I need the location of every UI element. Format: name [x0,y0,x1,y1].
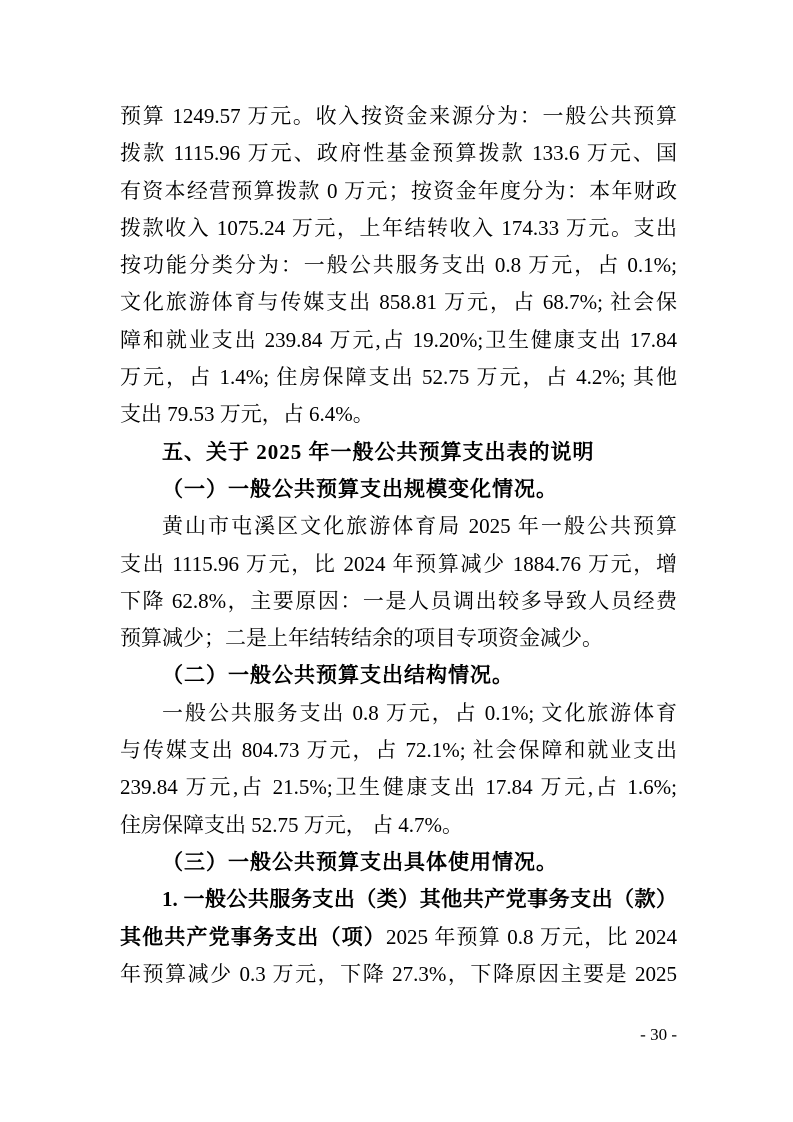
heading-line: （二）一般公共预算支出结构情况。 [120,657,677,694]
document-page: 预算 1249.57 万元。收入按资金来源分为：一般公共预算拨款 1115.96… [0,0,793,1122]
text-line: 支出 1115.96 万元，比 2024 年预算减少 1884.76 万元，增 [120,546,677,583]
text-line: 有资本经营预算拨款 0 万元；按资金年度分为：本年财政 [120,173,677,210]
text-line: 黄山市屯溪区文化旅游体育局 2025 年一般公共预算 [120,508,677,545]
text-run: （二）一般公共预算支出结构情况。 [162,663,514,687]
text-run: 障和就业支出 239.84 万元,占 19.20%;卫生健康支出 17.84 [120,328,677,352]
heading-line: （一）一般公共预算支出规模变化情况。 [120,471,677,508]
text-line: 障和就业支出 239.84 万元,占 19.20%;卫生健康支出 17.84 [120,322,677,359]
text-line: 拨款收入 1075.24 万元，上年结转收入 174.33 万元。支出 [120,210,677,247]
text-line: 239.84 万元,占 21.5%;卫生健康支出 17.84 万元,占 1.6%… [120,769,677,806]
text-run: 1. 一般公共服务支出（类）其他共产党事务支出（款） [162,887,677,911]
text-run: 拨款收入 1075.24 万元，上年结转收入 174.33 万元。支出 [120,216,677,240]
para-item-1-general-public-service: 1. 一般公共服务支出（类）其他共产党事务支出（款）其他共产党事务支出（项）20… [120,881,677,993]
text-line: 支出 79.53 万元，占 6.4%。 [120,396,677,433]
document-blocks: 预算 1249.57 万元。收入按资金来源分为：一般公共预算拨款 1115.96… [120,98,677,993]
text-run: 按功能分类分为：一般公共服务支出 0.8 万元，占 0.1%; [120,253,677,277]
text-run: 其他共产党事务支出（项） [120,925,386,949]
text-run: 支出 1115.96 万元，比 2024 年预算减少 1884.76 万元，增 [120,552,677,576]
heading-line: （三）一般公共预算支出具体使用情况。 [120,844,677,881]
text-line: 与传媒支出 804.73 万元，占 72.1%; 社会保障和就业支出 [120,732,677,769]
text-line: 年预算减少 0.3 万元，下降 27.3%，下降原因主要是 2025 [120,956,677,993]
text-run: 2025 年预算 0.8 万元，比 2024 [386,925,677,949]
text-run: （三）一般公共预算支出具体使用情况。 [162,850,558,874]
text-run: 年预算减少 0.3 万元，下降 27.3%，下降原因主要是 2025 [120,962,677,986]
heading-section-5-3: （三）一般公共预算支出具体使用情况。 [120,844,677,881]
text-line: 万元，占 1.4%; 住房保障支出 52.75 万元，占 4.2%; 其他 [120,359,677,396]
text-run: 预算减少；二是上年结转结余的项目专项资金减少。 [120,626,603,650]
heading-section-5-2: （二）一般公共预算支出结构情况。 [120,657,677,694]
text-line: 按功能分类分为：一般公共服务支出 0.8 万元，占 0.1%; [120,247,677,284]
para-expenditure-structure: 一般公共服务支出 0.8 万元，占 0.1%; 文化旅游体育与传媒支出 804.… [120,695,677,844]
text-run: （一）一般公共预算支出规模变化情况。 [162,477,558,501]
para-income-expenditure-overview: 预算 1249.57 万元。收入按资金来源分为：一般公共预算拨款 1115.96… [120,98,677,434]
text-line: 1. 一般公共服务支出（类）其他共产党事务支出（款） [120,881,677,918]
text-line: 拨款 1115.96 万元、政府性基金预算拨款 133.6 万元、国 [120,135,677,172]
heading-section-5: 五、关于 2025 年一般公共预算支出表的说明 [120,434,677,471]
text-line: 预算 1249.57 万元。收入按资金来源分为：一般公共预算 [120,98,677,135]
page-footer: - 30 - [120,1024,677,1046]
text-run: 万元，占 1.4%; 住房保障支出 52.75 万元，占 4.2%; 其他 [120,365,677,389]
para-expenditure-scale-change: 黄山市屯溪区文化旅游体育局 2025 年一般公共预算支出 1115.96 万元，… [120,508,677,657]
text-line: 住房保障支出 52.75 万元， 占 4.7%。 [120,807,677,844]
heading-line: 五、关于 2025 年一般公共预算支出表的说明 [120,434,677,471]
text-run: 下降 62.8%，主要原因：一是人员调出较多导致人员经费 [120,589,677,613]
text-line: 一般公共服务支出 0.8 万元，占 0.1%; 文化旅游体育 [120,695,677,732]
text-run: 与传媒支出 804.73 万元，占 72.1%; 社会保障和就业支出 [120,738,677,762]
heading-section-5-1: （一）一般公共预算支出规模变化情况。 [120,471,677,508]
text-run: 一般公共服务支出 0.8 万元，占 0.1%; 文化旅游体育 [162,701,677,725]
text-line: 其他共产党事务支出（项）2025 年预算 0.8 万元，比 2024 [120,919,677,956]
text-run: 预算 1249.57 万元。收入按资金来源分为：一般公共预算 [120,104,677,128]
text-run: 有资本经营预算拨款 0 万元；按资金年度分为：本年财政 [120,179,677,203]
text-run: 住房保障支出 52.75 万元， 占 4.7%。 [120,813,463,837]
text-run: 文化旅游体育与传媒支出 858.81 万元，占 68.7%; 社会保 [120,290,677,314]
text-run: 黄山市屯溪区文化旅游体育局 2025 年一般公共预算 [162,514,677,538]
text-line: 文化旅游体育与传媒支出 858.81 万元，占 68.7%; 社会保 [120,284,677,321]
text-line: 预算减少；二是上年结转结余的项目专项资金减少。 [120,620,677,657]
text-run: 五、关于 2025 年一般公共预算支出表的说明 [162,440,595,464]
text-line: 下降 62.8%，主要原因：一是人员调出较多导致人员经费 [120,583,677,620]
text-run: 支出 79.53 万元，占 6.4%。 [120,402,374,426]
page-number: - 30 - [640,1025,677,1044]
text-run: 239.84 万元,占 21.5%;卫生健康支出 17.84 万元,占 1.6%… [120,775,677,799]
text-run: 拨款 1115.96 万元、政府性基金预算拨款 133.6 万元、国 [120,141,677,165]
